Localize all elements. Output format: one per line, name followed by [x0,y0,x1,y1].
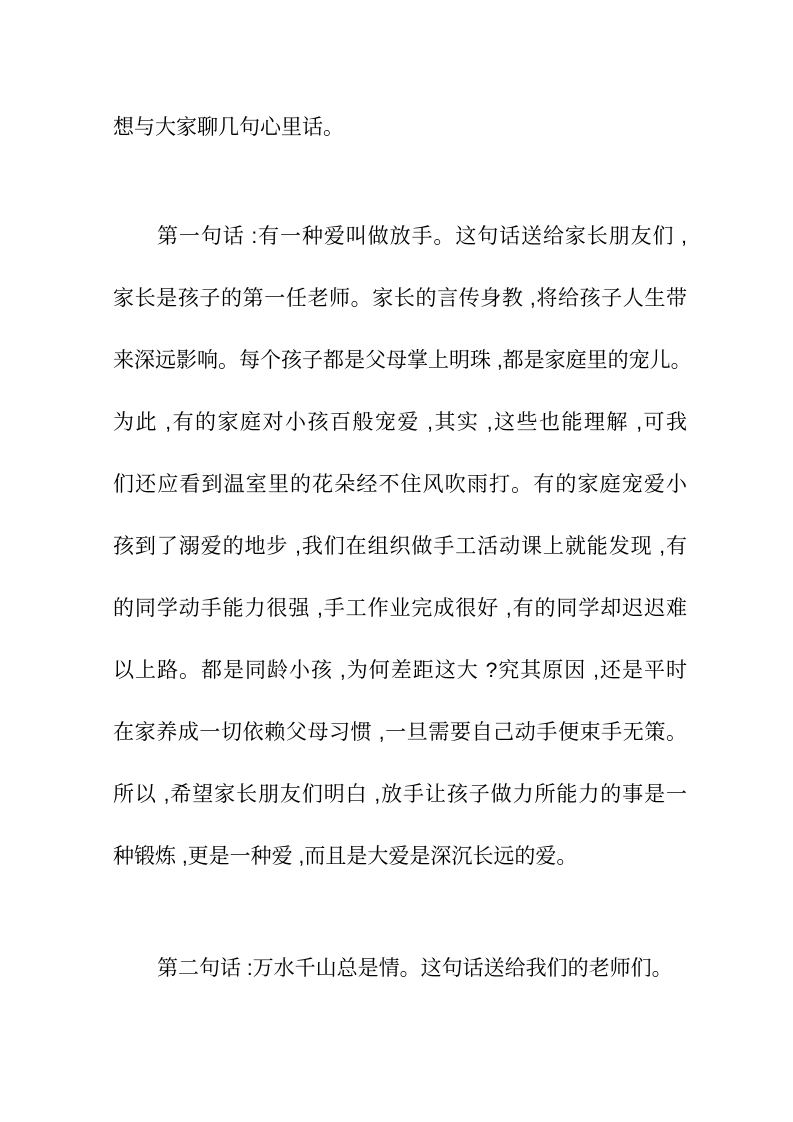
text-line: 第二句话 :万水千山总是情。这句话送给我们的老师们。 [113,938,687,1000]
text-line: 来深远影响。每个孩子都是父母掌上明珠 ,都是家庭里的宠儿。 [113,330,687,392]
paragraph-continuation: 想与大家聊几句心里话。 [113,97,687,159]
text-line: 们还应看到温室里的花朵经不住风吹雨打。有的家庭宠爱小 [113,454,687,516]
text-line: 想与大家聊几句心里话。 [113,97,687,159]
text-line: 在家养成一切依赖父母习惯 ,一旦需要自己动手便束手无策。 [113,702,687,764]
text-line: 孩到了溺爱的地步 ,我们在组织做手工活动课上就能发现 ,有 [113,516,687,578]
text-line: 家长是孩子的第一任老师。家长的言传身教 ,将给孩子人生带 [113,268,687,330]
text-line: 的同学动手能力很强 ,手工作业完成很好 ,有的同学却迟迟难 [113,578,687,640]
paragraph-second-sentence: 第二句话 :万水千山总是情。这句话送给我们的老师们。 [113,938,687,1000]
text-line: 以上路。都是同龄小孩 ,为何差距这大 ?究其原因 ,还是平时 [113,640,687,702]
text-line: 为此 ,有的家庭对小孩百般宠爱 ,其实 ,这些也能理解 ,可我 [113,392,687,454]
document-page: 想与大家聊几句心里话。 第一句话 :有一种爱叫做放手。这句话送给家长朋友们 , … [0,0,793,1122]
paragraph-first-sentence: 第一句话 :有一种爱叫做放手。这句话送给家长朋友们 , 家长是孩子的第一任老师。… [113,206,687,888]
text-line: 种锻炼 ,更是一种爱 ,而且是大爱是深沉长远的爱。 [113,826,687,888]
text-line: 所以 ,希望家长朋友们明白 ,放手让孩子做力所能力的事是一 [113,764,687,826]
text-line: 第一句话 :有一种爱叫做放手。这句话送给家长朋友们 , [113,206,687,268]
document-text-content: 想与大家聊几句心里话。 第一句话 :有一种爱叫做放手。这句话送给家长朋友们 , … [113,97,687,1000]
